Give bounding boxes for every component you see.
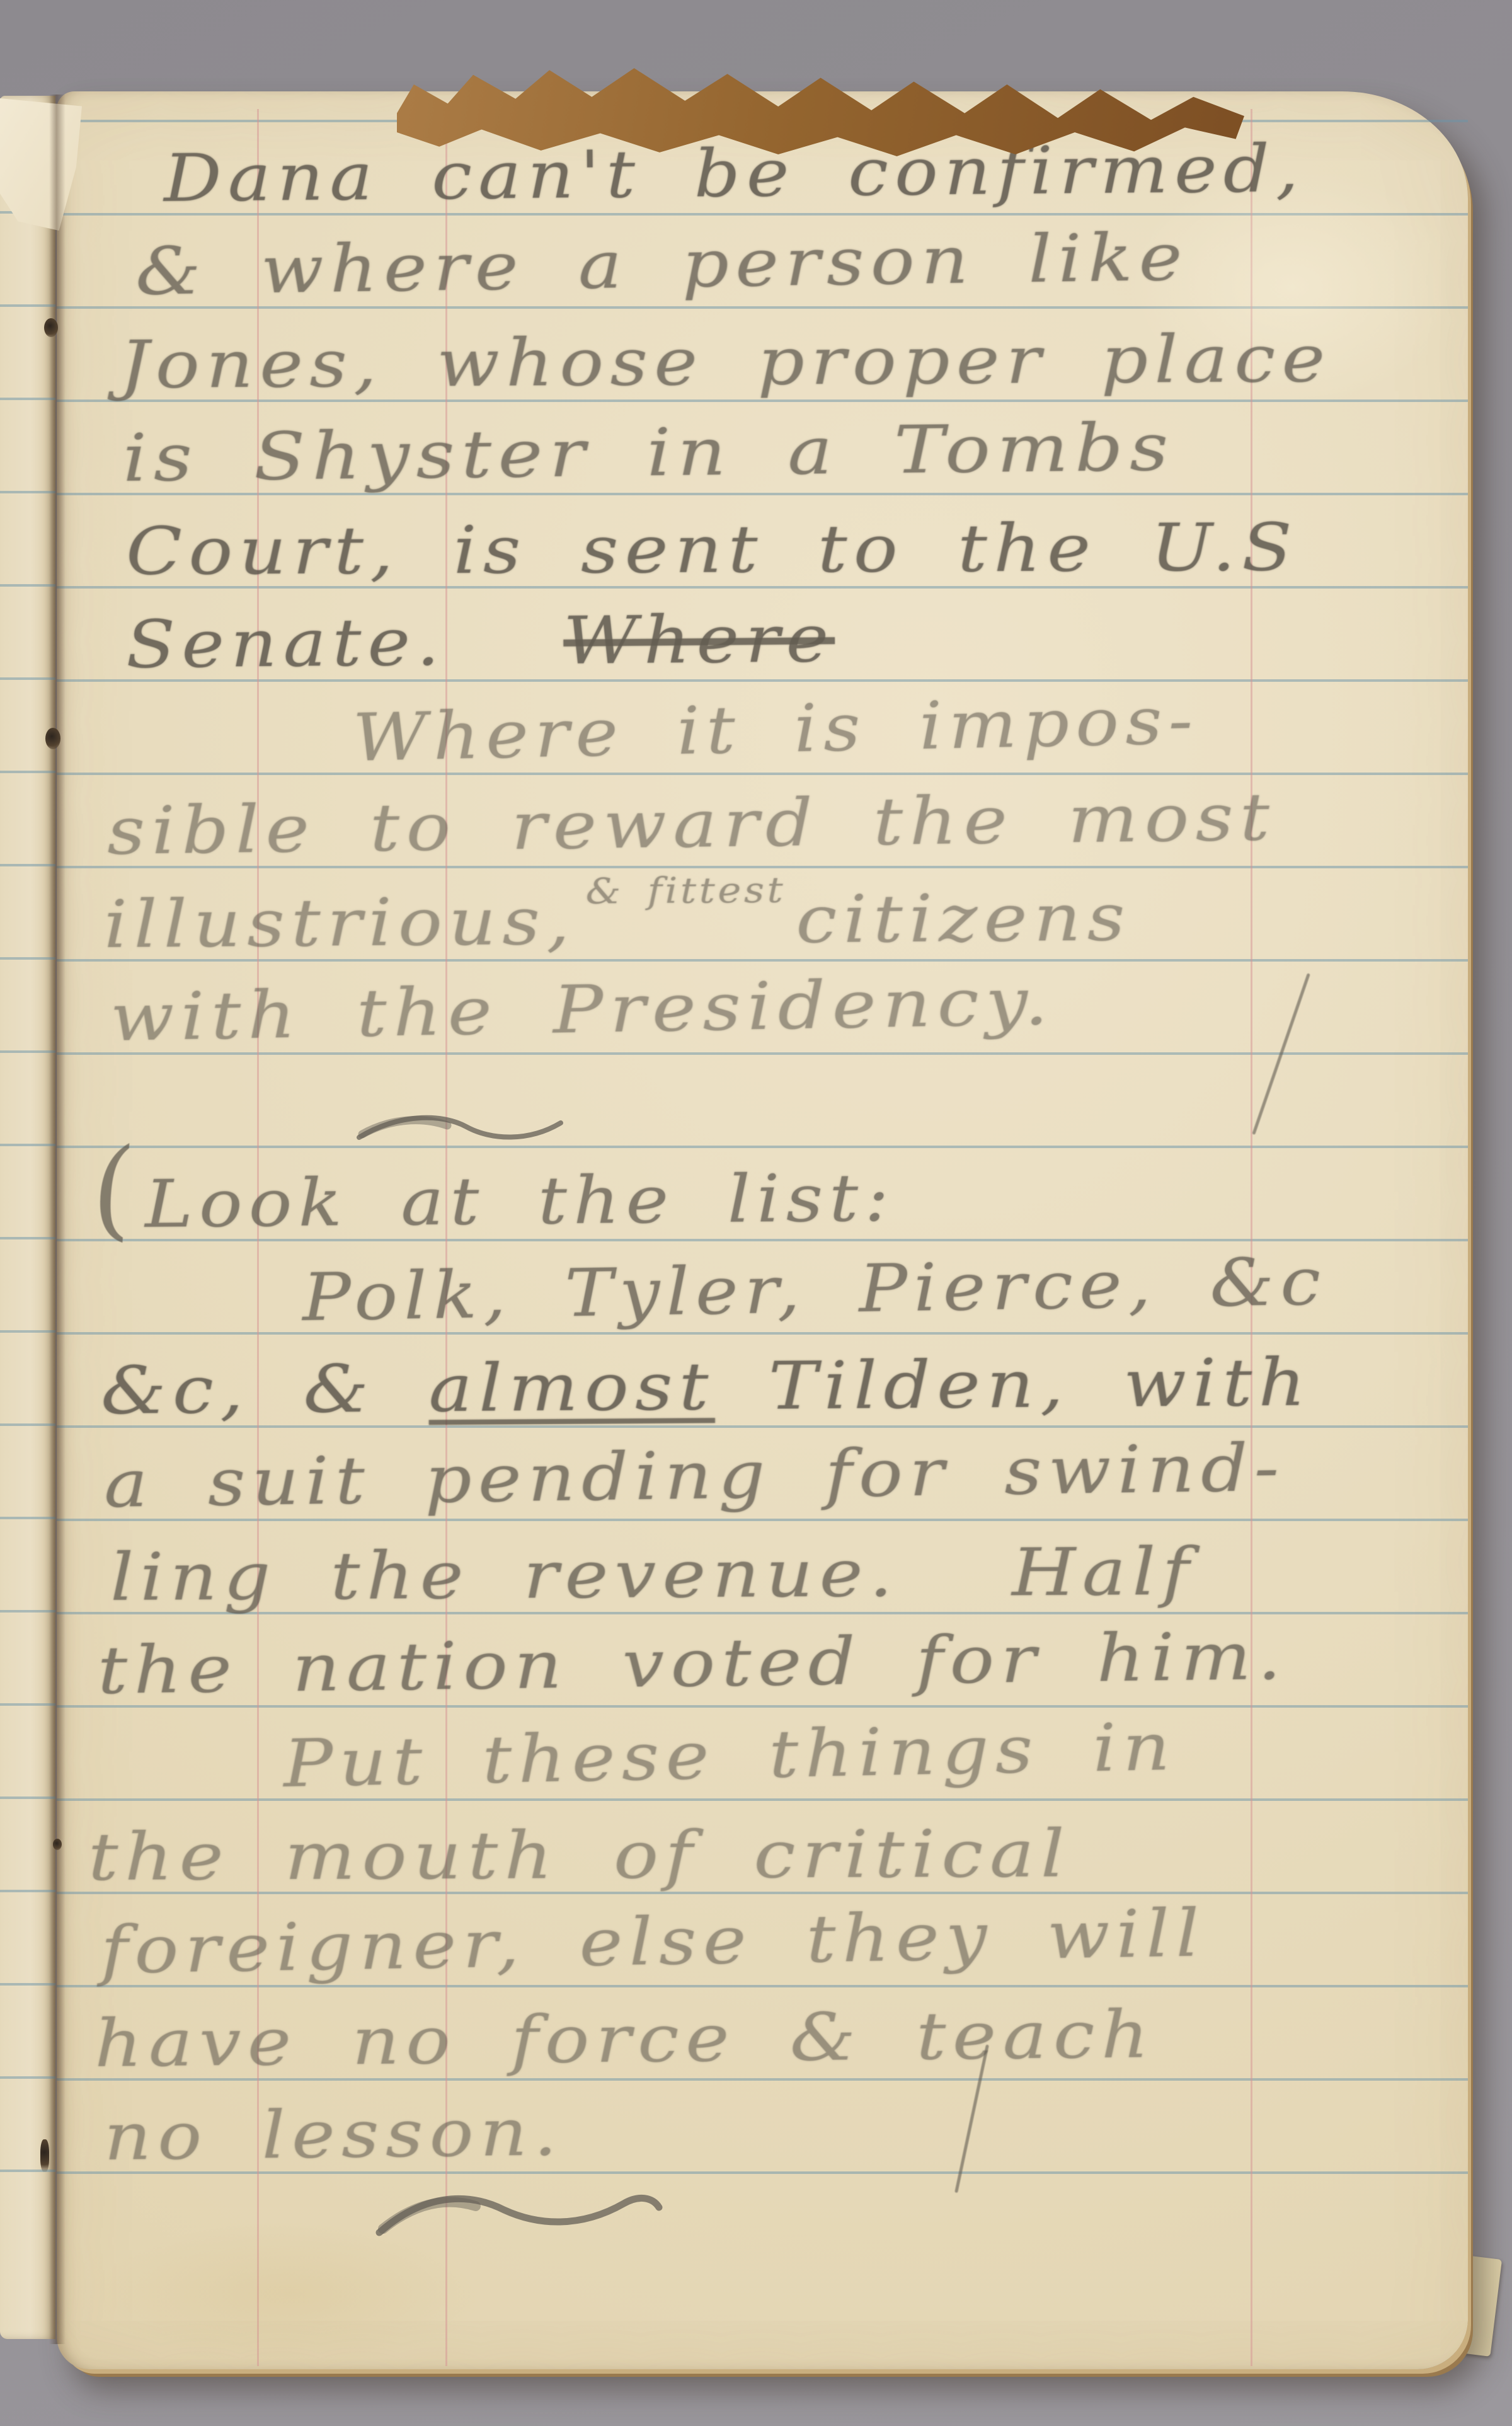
binding-hole [44,318,58,337]
left-page-sliver [0,96,55,2339]
handwriting-text: ling the revenue. [110,1534,899,1616]
handwriting-line-13: &c, & almost Tilden, with [101,1347,1312,1427]
handwriting-line-16: the nation voted for him. [97,1620,1288,1706]
handwriting-line-21: no lesson. [103,2096,563,2173]
handwriting-line-12: Polk, Tyler, Pierce, &c [302,1245,1327,1333]
handwriting-line-17: Put these things in [283,1711,1177,1800]
closing-flourish-squiggle [372,2183,668,2253]
handwriting-text: Look at the list: [144,1159,895,1243]
handwriting-text: is Shyster in a Tombs [122,409,1175,497]
handwriting-text: Senate. [125,604,445,683]
binding-tear [40,2139,49,2172]
binding-gutter-shadow [49,95,66,2344]
handwriting-text: no lesson. [103,2093,563,2175]
paragraph-divider-squiggle [353,1109,567,1153]
binding-hole [45,728,60,749]
struck-out-word: Where [563,600,835,679]
handwriting-line-7: Where it is impos- [352,684,1200,774]
handwriting-line-20: have no force & teach [94,1998,1155,2079]
handwriting-text: the mouth of critical [88,1815,1071,1895]
handwriting-text: Court, is sent to the U.S [126,509,1298,590]
handwriting-text: Tilden, with [714,1344,1312,1425]
handwriting-line-19: foreigner, else they will [100,1897,1206,1986]
red-margin-line-right [1251,109,1252,2366]
underlined-word: almost [428,1348,715,1427]
handwriting-line-2: & where a person like [135,221,1189,308]
notebook-page: Dana can't be confirmed, & where a perso… [57,91,1468,2369]
handwriting-text: sible to reward the most [106,778,1276,870]
handwriting-line-8: sible to reward the most [106,781,1276,867]
binding-hole [53,1839,62,1850]
handwriting-line-18: the mouth of critical [88,1818,1071,1894]
handwriting-line-4: is Shyster in a Tombs [122,411,1175,495]
handwriting-text: & where a person like [135,219,1189,310]
scanned-notebook-photo: Dana can't be confirmed, & where a perso… [0,0,1512,2426]
handwriting-line-15: ling the revenue.Half [110,1536,1196,1613]
inserted-text-above-line: & fittest [585,870,786,912]
handwriting-text: Jones, whose proper place [120,320,1332,403]
handwriting-text: the nation voted for him. [97,1618,1288,1709]
handwriting-text: citizens [796,879,1131,958]
handwriting-text: &c, & [101,1350,429,1429]
handwriting-line-14: a suit pending for swind- [103,1432,1286,1521]
handwriting-line-11: Look at the list: [145,1162,896,1241]
handwriting-line-6: Senate.Where [126,602,835,681]
handwriting-text: Polk, Tyler, Pierce, &c [302,1243,1327,1336]
handwriting-line-5: Court, is sent to the U.S [126,512,1298,588]
handwriting-line-9: illustrious,& fittestcitizens [104,882,1131,961]
handwriting-text: Half [1012,1533,1196,1611]
handwriting-text: have no force & teach [94,1996,1155,2082]
handwriting-line-3: Jones, whose proper place [120,323,1332,401]
torn-cardboard-strip [397,60,1244,156]
handwriting-text: illustrious, [104,883,576,963]
blue-rule-lines-sliver [0,118,55,2178]
handwriting-line-10: with the Presidency. [110,965,1055,1054]
